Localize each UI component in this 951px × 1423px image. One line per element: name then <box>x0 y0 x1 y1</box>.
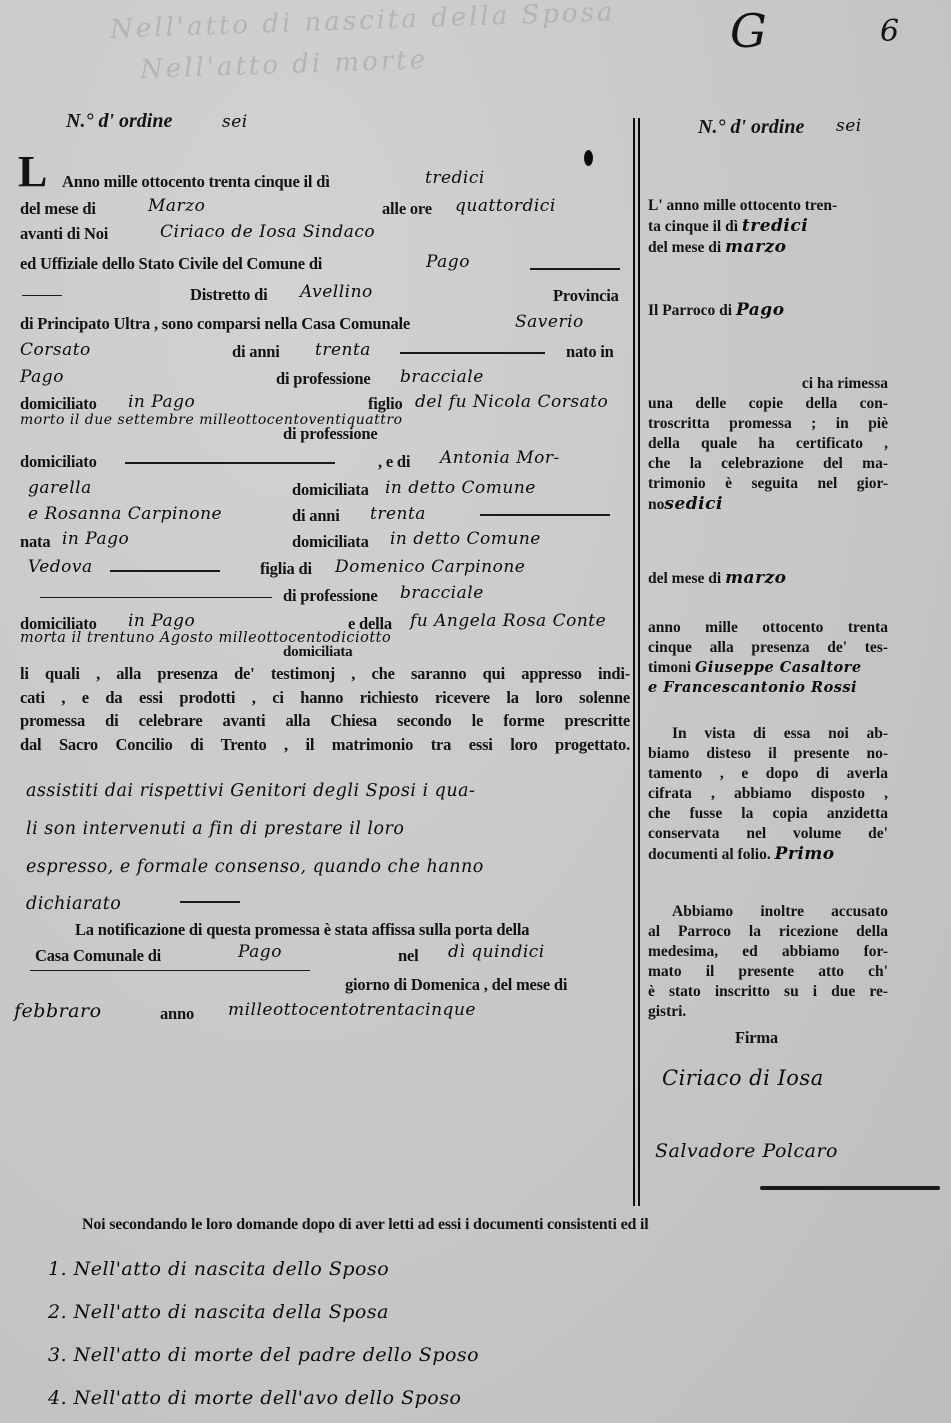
rimessa-paragraph: ci ha rimessa una delle copie della con-… <box>648 374 888 515</box>
fill-line <box>30 970 310 971</box>
label-provincia: Provincia <box>553 286 619 306</box>
label-giorno-domenica: giorno di Domenica , del mese di <box>345 975 567 995</box>
signature-mayor: Ciriaco di Iosa <box>662 1066 824 1090</box>
fill-line <box>180 901 240 903</box>
label-nato: nato in <box>566 342 614 362</box>
label-figlio: figlio <box>368 394 403 414</box>
signature-secretary: Salvadore Polcaro <box>655 1140 838 1162</box>
order-number-value: sei <box>836 116 862 136</box>
vista-paragraph: In vista di essa noi ab- biamo disteso i… <box>648 724 888 865</box>
bride-birthplace: in Pago <box>62 529 129 549</box>
civil-record-page: Nell'atto di nascita della Sposa Nell'at… <box>0 0 951 1423</box>
order-number-value: sei <box>222 112 248 132</box>
groom-mother: Antonia Mor- <box>440 448 560 468</box>
accusato-paragraph: Abbiamo inoltre accusato al Parroco la r… <box>648 902 888 1022</box>
parroco-line: Il Parroco di Pago <box>648 300 888 321</box>
district-value: Avellino <box>300 282 373 302</box>
label-casa-comunale: Casa Comunale di <box>35 946 161 966</box>
fill-line <box>480 514 610 516</box>
groom-age: trenta <box>315 340 371 360</box>
groom-surname: Corsato <box>20 340 91 360</box>
handwritten-insert: assistiti dai rispettivi Genitori degli … <box>26 772 631 922</box>
fill-line <box>22 295 62 296</box>
fill-line <box>110 570 220 572</box>
counterfoil-month: marzo <box>725 237 786 257</box>
label-domiciliata: domiciliata <box>292 480 369 500</box>
label-anni: di anni <box>232 342 280 362</box>
label-e-di: , e di <box>378 452 410 472</box>
folio-mark: G <box>730 4 767 58</box>
label-distretto: Distretto di <box>190 285 268 305</box>
officiant-value: Ciriaco de Iosa Sindaco <box>160 222 375 242</box>
label-comparsi: di Principato Ultra , sono comparsi nell… <box>20 314 410 334</box>
witness-2: e Francescantonio Rossi <box>648 678 888 698</box>
bleed-through-text: Nell'atto di morte <box>140 45 429 85</box>
hour-value: quattordici <box>455 196 556 216</box>
month-value: Marzo <box>148 196 205 216</box>
line-anno: Anno mille ottocento trenta cinque il dì <box>62 172 330 192</box>
bleed-through-text: Nell'atto di nascita della Sposa <box>110 0 616 45</box>
groom-mother-surname: garella <box>28 478 92 498</box>
presenza-paragraph: anno mille ottocento trenta cinque alla … <box>648 618 888 698</box>
posting-month: febbraro <box>14 1000 102 1022</box>
bride-age: trenta <box>370 504 426 524</box>
page-number: 6 <box>880 14 899 49</box>
groom-profession: bracciale <box>400 367 484 387</box>
bride-father-profession: bracciale <box>400 583 484 603</box>
document-item: 2. Nell'atto di nascita della Sposa <box>48 1291 479 1334</box>
label-figlia: figlia di <box>260 559 312 579</box>
strike-line <box>125 462 335 464</box>
groom-domicile: in Pago <box>128 392 195 412</box>
signature-label: Firma <box>735 1028 778 1048</box>
document-item: 4. Nell'atto di morte dell'avo dello Spo… <box>48 1377 479 1420</box>
bride-name: e Rosanna Carpinone <box>28 504 222 524</box>
fill-line <box>40 597 272 598</box>
notification-text: La notificazione di questa promessa è st… <box>75 920 529 940</box>
documents-intro: Noi secondando le loro domande dopo di a… <box>82 1216 649 1234</box>
fill-line <box>400 352 545 354</box>
label-avanti: avanti di Noi <box>20 224 108 244</box>
document-item: 1. Nell'atto di nascita dello Sposo <box>48 1248 479 1291</box>
folio-value: Primo <box>775 844 835 864</box>
label-anno: anno <box>160 1004 194 1024</box>
groom-father: del fu Nicola Corsato <box>415 392 608 412</box>
counterfoil-intro: L' anno mille ottocento tren- ta cinque … <box>648 196 888 258</box>
groom-birthplace: Pago <box>20 367 64 387</box>
bride-domicile: in detto Comune <box>390 529 541 549</box>
label-domiciliato: domiciliato <box>20 394 97 414</box>
column-divider <box>633 118 635 1206</box>
order-number-label: N.° d' ordine <box>66 110 172 133</box>
groom-mother-domicile: in detto Comune <box>385 478 536 498</box>
drop-cap: L <box>18 150 47 194</box>
bride-mother: fu Angela Rosa Conte <box>410 611 606 631</box>
celebration-day: sedici <box>664 494 723 514</box>
bride-father-domicile: in Pago <box>128 611 195 631</box>
day-value: tredici <box>425 168 485 188</box>
label-professione: di professione <box>283 586 378 606</box>
comune-value: Pago <box>426 252 470 272</box>
bride-father: Domenico Carpinone <box>335 557 525 577</box>
label-domiciliata: domiciliata <box>292 532 369 552</box>
order-number-label: N.° d' ordine <box>698 116 804 139</box>
label-nata: nata <box>20 532 50 552</box>
label-anni: di anni <box>292 506 340 526</box>
bride-status: Vedova <box>28 557 93 577</box>
label-comune: ed Uffiziale dello Stato Civile del Comu… <box>20 254 322 274</box>
groom-first-name: Saverio <box>515 312 584 332</box>
ink-blot <box>584 150 593 166</box>
fill-line <box>530 268 620 270</box>
signature-flourish <box>760 1186 940 1190</box>
label-domiciliata: domiciliata <box>283 644 352 661</box>
posting-place: Pago <box>238 942 282 962</box>
document-item: 3. Nell'atto di morte del padre dello Sp… <box>48 1334 479 1377</box>
celebration-month: marzo <box>725 568 786 588</box>
posting-year: milleottocentotrentacinque <box>228 1000 476 1020</box>
documents-list: 1. Nell'atto di nascita dello Sposo 2. N… <box>48 1248 479 1420</box>
label-nel: nel <box>398 946 418 966</box>
counterfoil-day: tredici <box>742 216 808 236</box>
mese-line: del mese di marzo <box>648 568 888 589</box>
label-mese: del mese di <box>20 199 96 219</box>
promise-paragraph: li quali , alla presenza de' testimonj ,… <box>20 662 630 756</box>
label-domiciliato: domiciliato <box>20 452 97 472</box>
label-professione: di professione <box>276 369 371 389</box>
label-professione: di professione <box>283 424 378 444</box>
posting-day: dì quindici <box>448 942 545 962</box>
parroco-place: Pago <box>736 300 785 320</box>
witness-1: Giuseppe Casaltore <box>695 659 862 676</box>
label-ore: alle ore <box>382 199 432 219</box>
